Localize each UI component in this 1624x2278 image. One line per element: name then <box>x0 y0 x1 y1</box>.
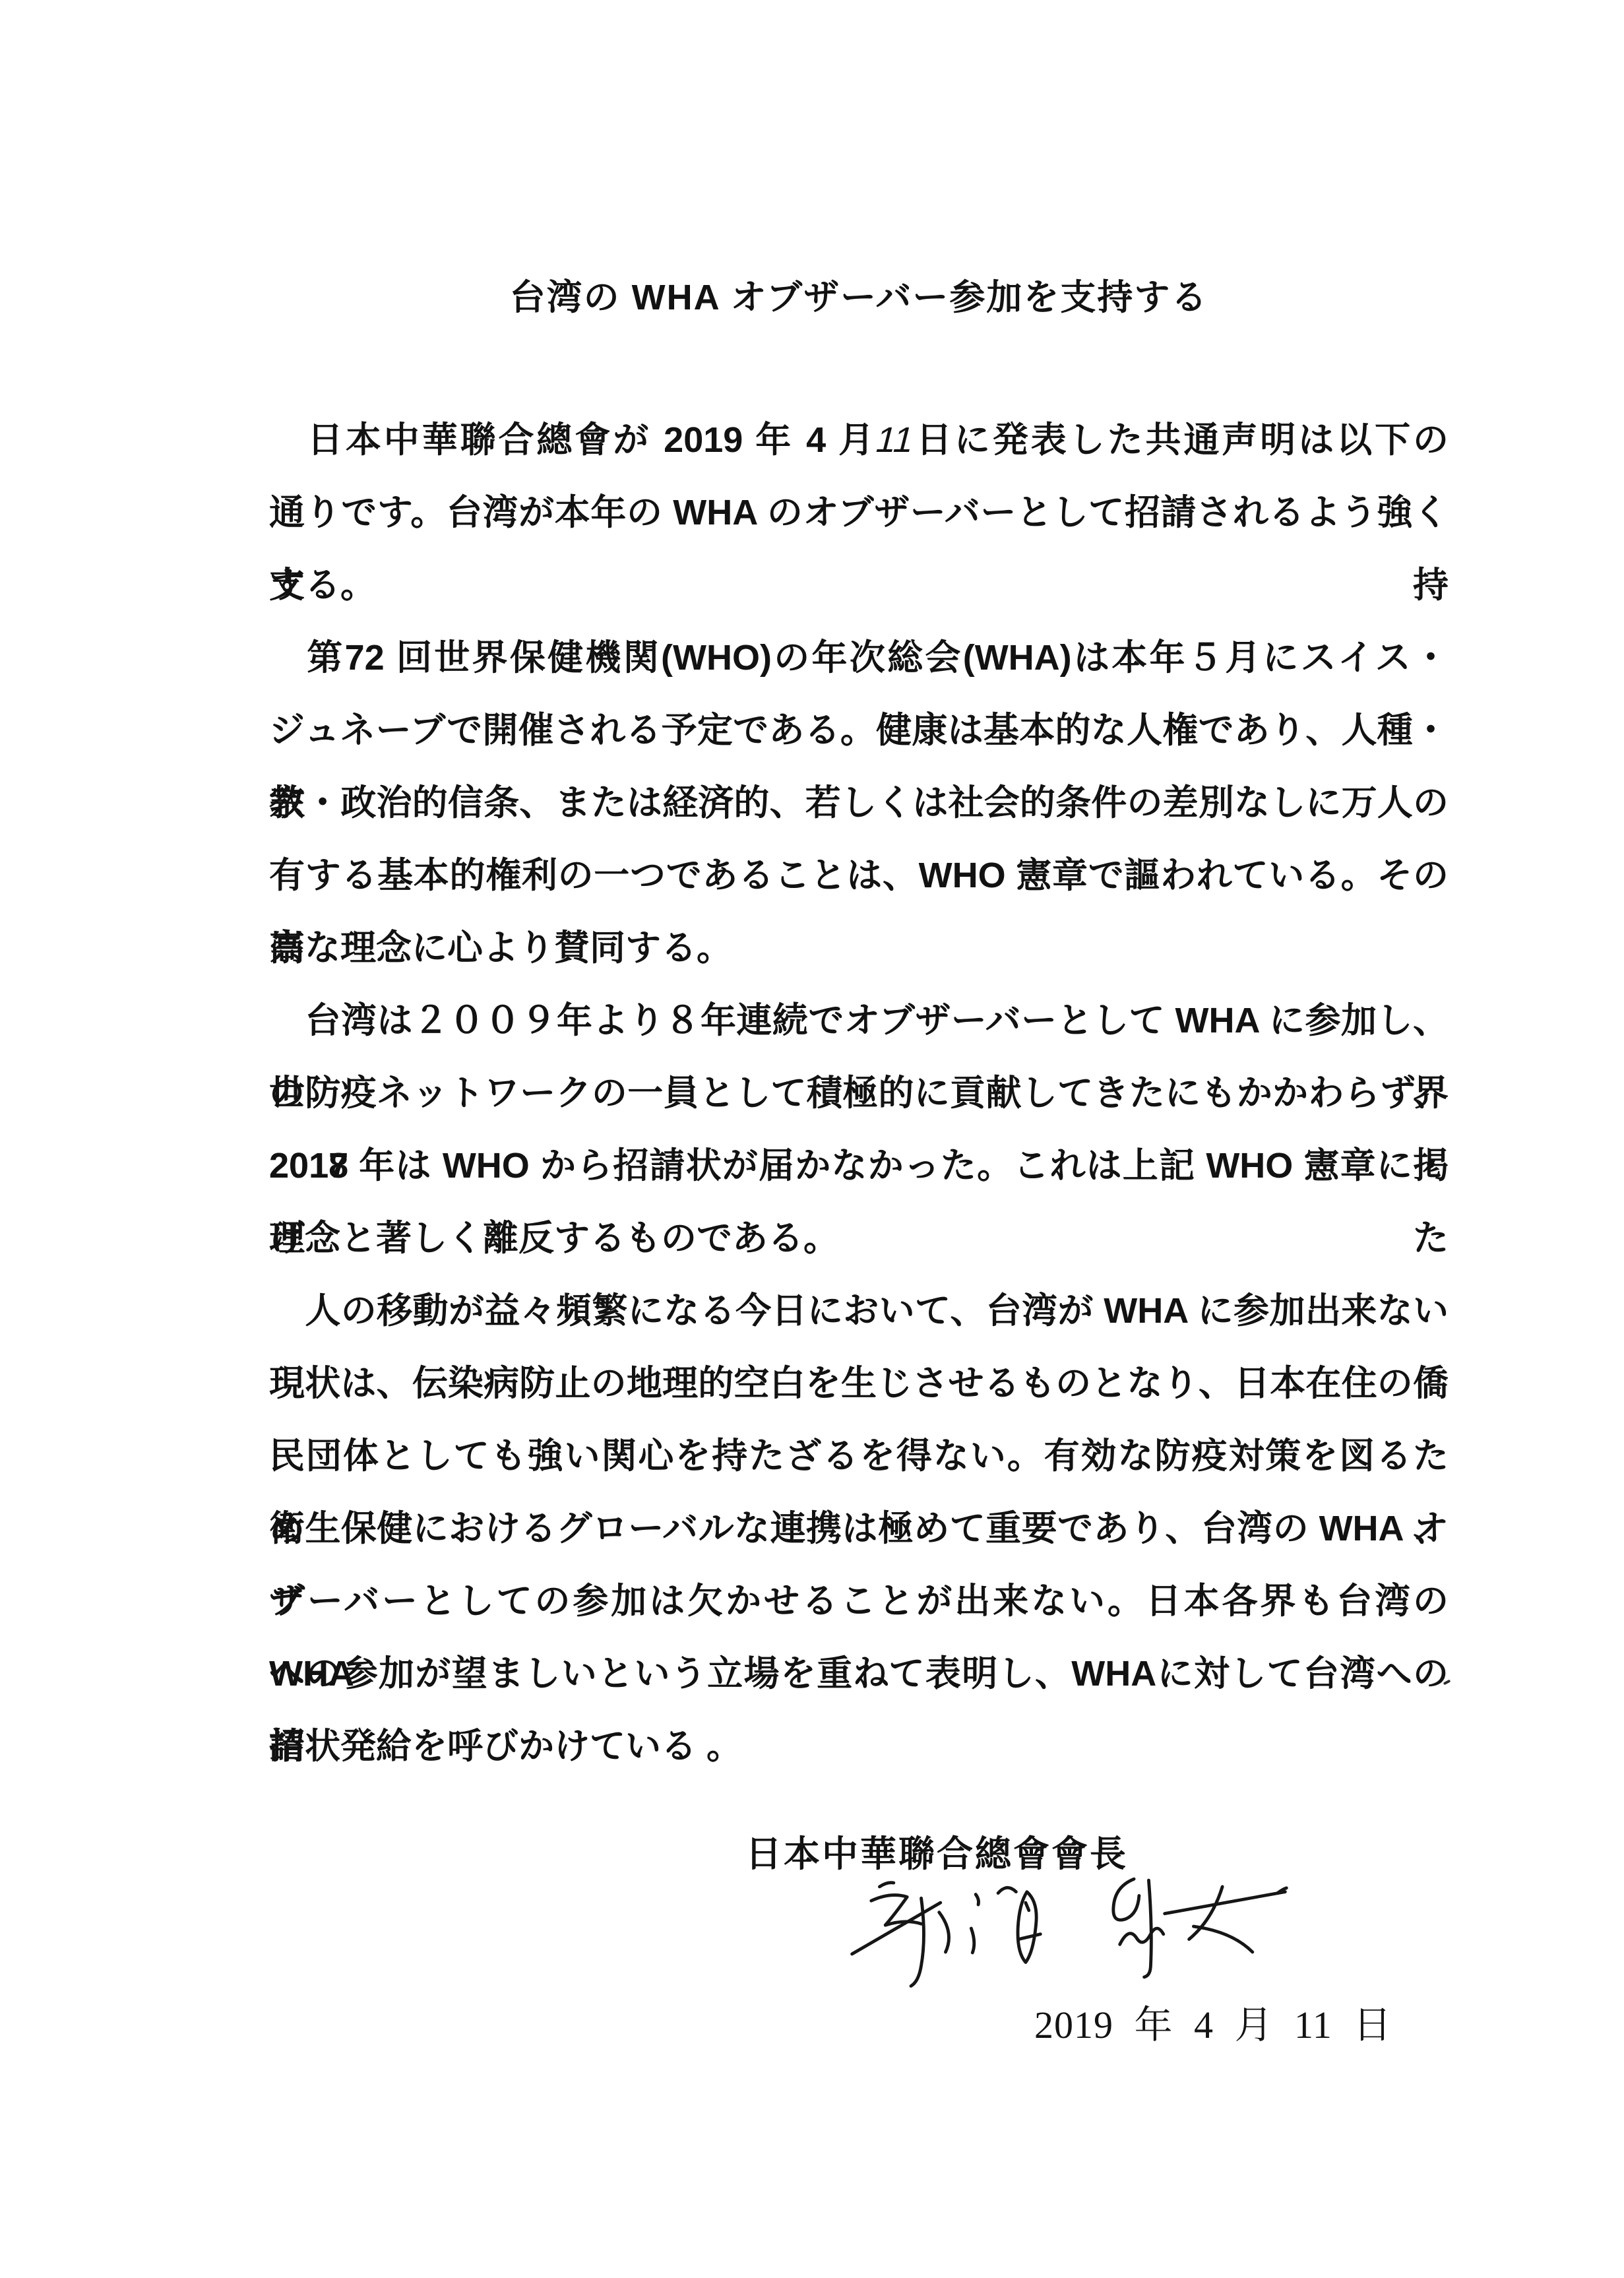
signature-stroke <box>1113 1879 1139 1920</box>
handwritten-signature <box>844 1866 1293 1991</box>
line01-prefix: 日本中華聯合總會が 2019 年 4 月 <box>269 420 877 460</box>
body-line-10: の防疫ネットワークの一員として積極的に貢献してきたにもかかわらず、2017・ <box>269 1057 1449 1129</box>
signature-stroke <box>879 1883 893 1887</box>
body-line-15: 民団体としても強い関心を持たざるを得ない。有効な防疫対策を図るため、 <box>269 1420 1449 1492</box>
signature-stroke <box>976 1895 978 1905</box>
signature-stroke <box>1144 1880 1152 1977</box>
body-line-18: への参加が望ましいという立場を重ねて表明し、WHAに対して台湾への招 <box>269 1637 1449 1710</box>
scanned-statement-page: 台湾の WHA オブザーバー参加を支持する 日本中華聯合總會が 2019 年 4… <box>0 0 1624 2278</box>
line01-suffix: 日に発表した共通声明は以下の <box>914 420 1449 460</box>
signature-stroke <box>939 1913 949 1952</box>
body-line-19: 請状発給を呼びかけている 。 <box>269 1710 1449 1783</box>
document-title: 台湾の WHA オブザーバー参加を支持する <box>269 269 1449 320</box>
signature-stroke <box>1018 1934 1040 1940</box>
signature-stroke <box>1165 1892 1286 1914</box>
signature-stroke <box>871 1895 921 1926</box>
body-line-09: 台湾は２００９年より８年連続でオブザーバーとして WHA に参加し、世界 <box>269 984 1449 1057</box>
signature-stroke <box>1026 1903 1029 1911</box>
body-line-17: ザーバーとしての参加は欠かせることが出来ない。日本各界も台湾の WHA <box>269 1565 1449 1637</box>
body-line-06: 教・政治的信条、または経済的、若しくは社会的条件の差別なしに万人の <box>269 767 1449 839</box>
body-line-13: 人の移動が益々頻繁になる今日において、台湾が WHA に参加出来ない <box>269 1275 1449 1347</box>
body-line-02: 通りです。台湾が本年の WHA のオブザーバーとして招請されるよう強く支持 <box>269 476 1449 549</box>
body-line-07: 有する基本的権利の一つであることは、WHO 憲章で謳われている。その崇 <box>269 839 1449 912</box>
body-line-05: ジュネーブで開催される予定である。健康は基本的な人権であり、人種・宗 <box>269 694 1449 767</box>
body-line-08: 高な理念に心より賛同する。 <box>269 912 1449 984</box>
body-line-01: 日本中華聯合總會が 2019 年 4 月11日に発表した共通声明は以下の <box>269 404 1449 476</box>
signature-stroke <box>911 1898 923 1986</box>
signature-stroke <box>1120 1928 1164 1944</box>
statement-body: 日本中華聯合總會が 2019 年 4 月11日に発表した共通声明は以下の 通りで… <box>269 404 1449 1783</box>
signature-stroke <box>971 1928 974 1953</box>
body-line-14: 現状は、伝染病防止の地理的空白を生じさせるものとなり、日本在住の僑 <box>269 1347 1449 1420</box>
document-date: 2019 年 4 月 11 日 <box>1034 1994 1392 2049</box>
signature-stroke <box>1193 1926 1252 1952</box>
body-line-16: 衛生保健におけるグローバルな連携は極めて重要であり、台湾の WHA オブ <box>269 1492 1449 1565</box>
body-line-11: 2018 年は WHO から招請状が届かなかった。これは上記 WHO 憲章に掲げ… <box>269 1129 1449 1202</box>
signature-stroke <box>998 1887 1016 1893</box>
body-line-04: 第72 回世界保健機関(WHO)の年次総会(WHA)は本年５月にスイス・ <box>269 621 1449 694</box>
